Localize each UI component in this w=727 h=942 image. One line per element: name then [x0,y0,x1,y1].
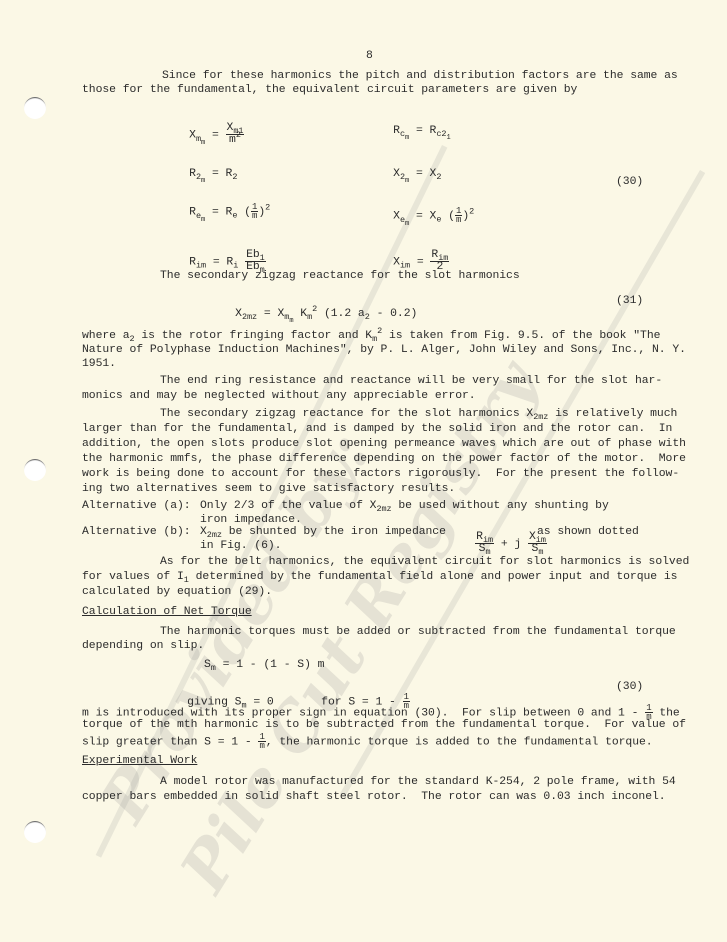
paragraph-line: The end ring resistance and reactance wi… [160,375,662,388]
alternative-b-label: Alternative (b): [82,526,191,539]
section-heading-experimental-work: Experimental Work [82,755,197,768]
alternative-a-text: Only 2/3 of the value of X2mz be used wi… [200,500,609,513]
equation-label-30b: (30) [616,681,643,694]
equation-31: X2mz = Xmm Km2 (1.2 a2 - 0.2) [208,295,417,334]
alternative-b-tail: as shown dotted [537,526,639,539]
equation-xmm: Xmm = Xm1m2 [162,110,244,159]
paragraph-line: the harmonic mmfs, the phase difference … [82,453,686,466]
paragraph-line: depending on slip. [82,640,204,653]
paragraph-line: larger than for the fundamental, and is … [82,423,672,436]
paragraph-line: Nature of Polyphase Induction Machines",… [82,344,686,357]
equation-x2m: X2m = X2 [366,155,441,194]
alternative-a-label: Alternative (a): [82,500,191,513]
punch-hole [24,821,46,843]
section-heading-net-torque: Calculation of Net Torque [82,606,252,619]
paragraph-line: The harmonic torques must be added or su… [160,626,676,639]
alternative-b-text: X2mz be shunted by the iron impedance [200,526,446,539]
equation-sm: Sm = 1 - (1 - S) m [204,659,324,672]
document-page: Provided by: Pile Cut Registry 8 Since f… [0,0,727,942]
paragraph-line: ing two alternatives seem to give satisf… [82,483,455,496]
equation-rcm: Rcm = Rc21 [366,112,451,151]
paragraph-line: monics and may be neglected without any … [82,390,476,403]
paragraph-line: for values of I1 determined by the funda… [82,571,677,584]
paragraph-line: torque of the mth harmonic is to be subt… [82,719,686,732]
equation-label-30: (30) [616,176,643,189]
paragraph-line: slip greater than S = 1 - 1m, the harmon… [82,733,653,750]
paragraph-line: The secondary zigzag reactance for the s… [160,270,520,283]
paragraph-line: calculated by equation (29). [82,586,272,599]
paragraph-line: those for the fundamental, the equivalen… [82,84,577,97]
paragraph-line: where a2 is the rotor fringing factor an… [82,330,660,343]
paragraph-line: work is being done to account for these … [82,468,679,481]
equation-r2m: R2m = R2 [162,155,237,194]
equation-label-31: (31) [616,295,643,308]
paragraph-line: copper bars embedded in solid shaft stee… [82,791,666,804]
punch-hole [24,97,46,119]
paragraph-line: 1951. [82,358,116,371]
equation-xem: Xem = Xe (1m)2 [366,194,474,237]
paragraph-line: The secondary zigzag reactance for the s… [160,408,677,421]
punch-hole [24,459,46,481]
paragraph-line: Since for these harmonics the pitch and … [162,70,678,83]
paragraph-line: As for the belt harmonics, the equivalen… [160,556,689,569]
page-number: 8 [366,50,373,63]
alternative-b-text: in Fig. (6). [200,540,281,553]
paragraph-line: addition, the open slots produce slot op… [82,438,686,451]
paragraph-line: A model rotor was manufactured for the s… [160,776,676,789]
equation-rem: Rem = Re (1m)2 [162,190,270,233]
